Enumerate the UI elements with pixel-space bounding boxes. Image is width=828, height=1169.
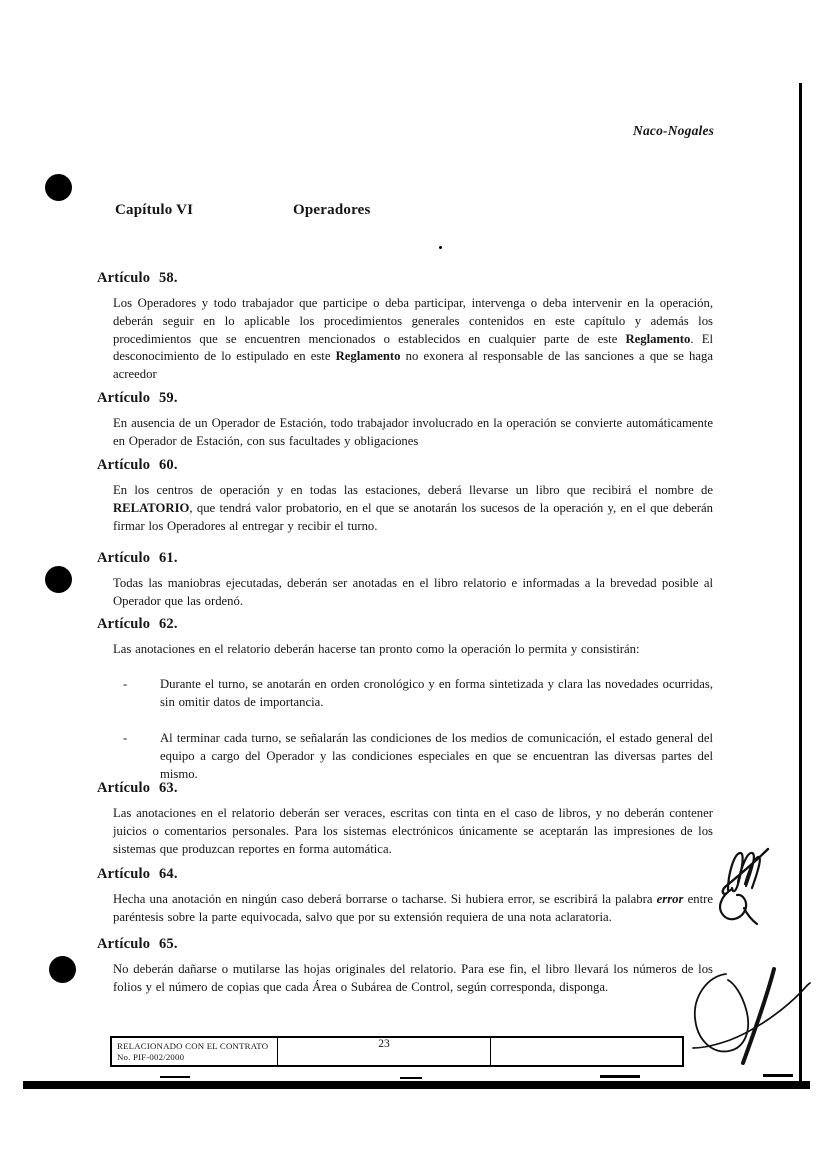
article-62: Artículo 62. Las anotaciones en el relat… [97,616,713,803]
article-63-body: Las anotaciones en el relatorio deberán … [113,805,713,858]
article-59: Artículo 59. En ausencia de un Operador … [97,390,713,451]
article-59-body: En ausencia de un Operador de Estación, … [113,415,713,451]
article-62-intro: Las anotaciones en el relatorio deberán … [113,641,713,659]
bullet-text: Durante el turno, se anotarán en orden c… [160,676,713,712]
article-64: Artículo 64. Hecha una anotación en ning… [97,866,713,927]
article-60: Artículo 60. En los centros de operación… [97,457,713,535]
article-64-heading: Artículo 64. [97,866,713,883]
footer-empty-cell [491,1038,682,1065]
article-62-bullets: - Durante el turno, se anotarán en orden… [97,676,713,784]
chapter-heading: Capítulo VI Operadores [115,202,371,219]
footer-page-cell: 23 [278,1038,491,1065]
list-item: - Al terminar cada turno, se señalarán l… [123,730,713,783]
list-item: - Durante el turno, se anotarán en orden… [123,676,713,712]
chapter-number: Capítulo VI [115,202,293,219]
signature-scribble-upper [698,842,788,932]
hole-punch-dot [45,566,72,593]
article-61-body: Todas las maniobras ejecutadas, deberán … [113,575,713,611]
article-61-heading: Artículo 61. [97,550,713,567]
article-58-body: Los Operadores y todo trabajador que par… [113,295,713,384]
article-63-heading: Artículo 63. [97,780,713,797]
article-63: Artículo 63. Las anotaciones en el relat… [97,780,713,858]
article-59-heading: Artículo 59. [97,390,713,407]
hole-punch-dot [49,956,76,983]
scan-speck [763,1074,793,1077]
article-58-heading: Artículo 58. [97,270,713,287]
article-61: Artículo 61. Todas las maniobras ejecuta… [97,550,713,611]
article-65: Artículo 65. No deberán dañarse o mutila… [97,936,713,997]
article-62-heading: Artículo 62. [97,616,713,633]
footer-contract-cell: RELACIONADO CON EL CONTRATO No. PIF-002/… [112,1038,278,1065]
article-64-body: Hecha una anotación en ningún caso deber… [113,891,713,927]
article-60-body: En los centros de operación y en todas l… [113,482,713,535]
footer-contract-line2: No. PIF-002/2000 [117,1052,275,1063]
scan-edge-bar-bottom [23,1081,810,1089]
bullet-dash: - [123,676,160,712]
bullet-text: Al terminar cada turno, se señalarán las… [160,730,713,783]
route-header: Naco-Nogales [633,123,714,139]
scan-edge-bar-right [799,83,802,1088]
article-65-heading: Artículo 65. [97,936,713,953]
footer-contract-line1: RELACIONADO CON EL CONTRATO [117,1041,275,1052]
scan-speck [400,1077,422,1079]
scan-speck [600,1075,640,1078]
article-65-body: No deberán dañarse o mutilarse las hojas… [113,961,713,997]
footer-table: RELACIONADO CON EL CONTRATO No. PIF-002/… [110,1036,684,1067]
article-60-heading: Artículo 60. [97,457,713,474]
bullet-dash: - [123,730,160,783]
signature-scribble-lower [688,960,813,1065]
article-58: Artículo 58. Los Operadores y todo traba… [97,270,713,384]
scan-speck [439,246,442,249]
page-number: 23 [378,1038,390,1050]
hole-punch-dot [45,174,72,201]
chapter-title: Operadores [293,202,371,219]
scan-speck [160,1076,190,1078]
